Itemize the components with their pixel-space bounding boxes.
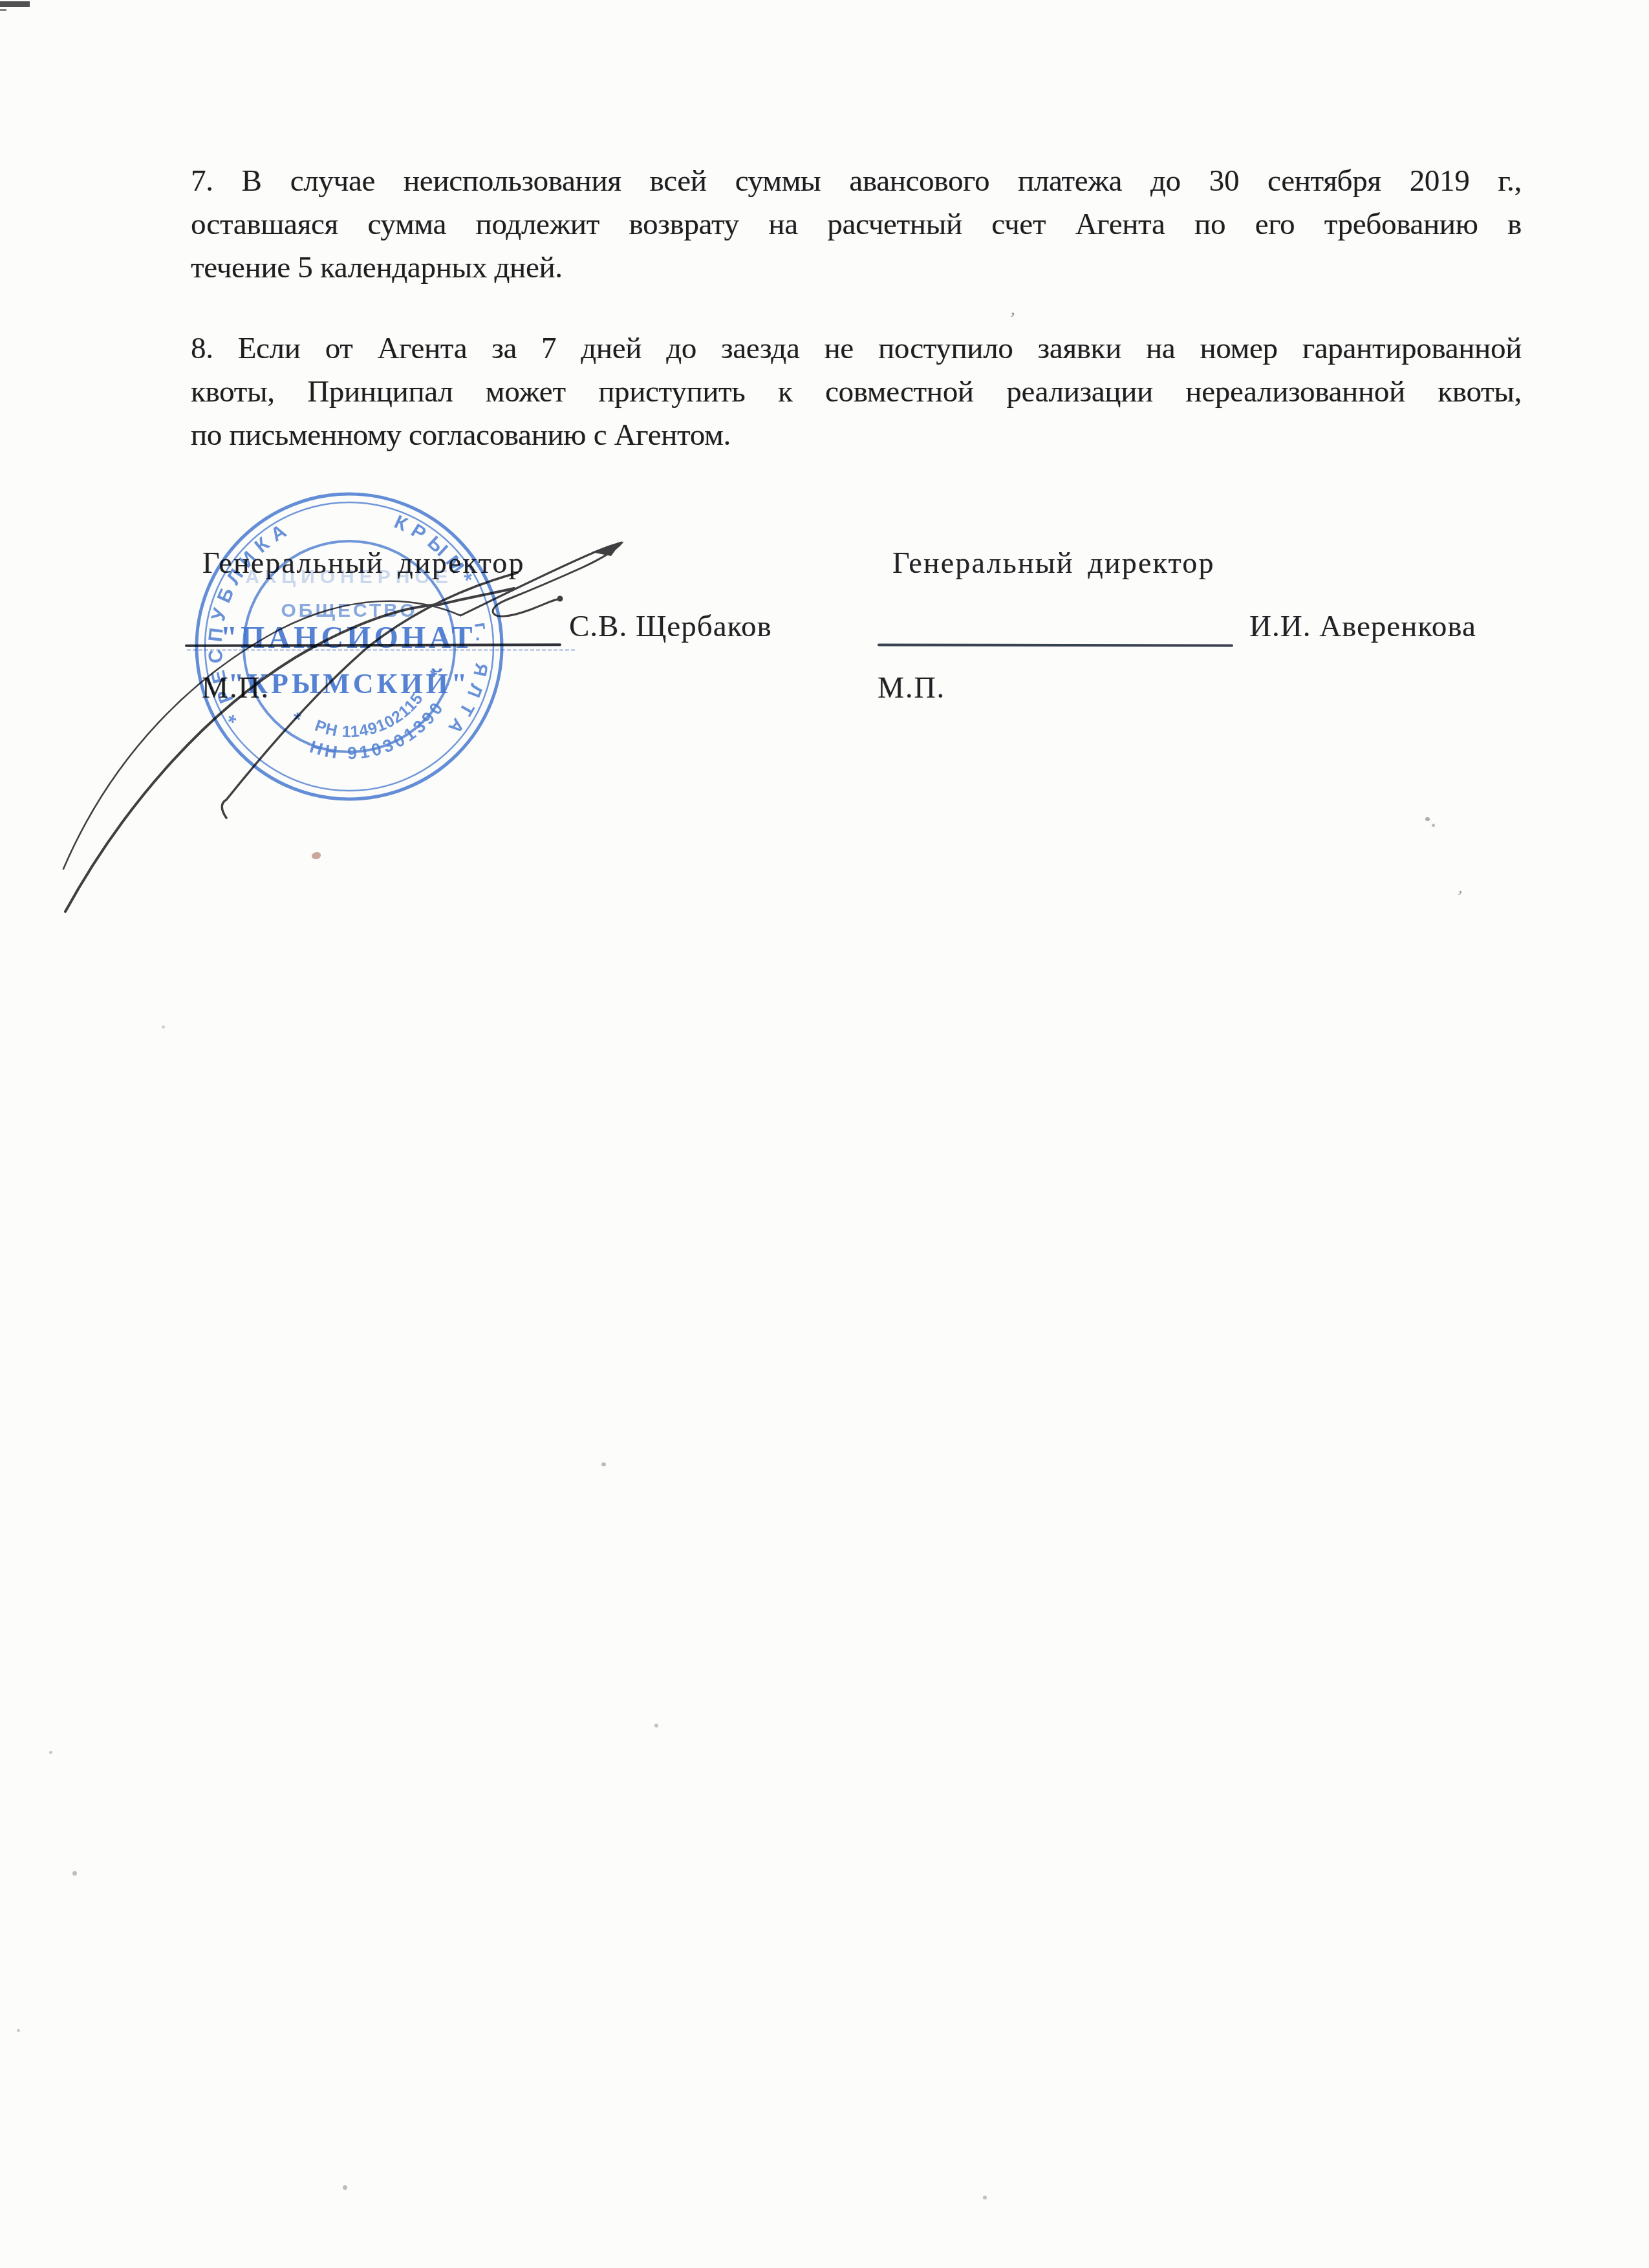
paragraph-8: 8. Если от Агента за 7 дней до заезда не… <box>191 327 1522 457</box>
director-title-right: Генеральный директор <box>892 541 1215 584</box>
scan-corner-mark <box>0 1 30 7</box>
seal-org-type: АКЦИОНЕРНОЕ <box>245 566 453 588</box>
scan-speck-comma: ’ <box>1454 886 1464 906</box>
scanned-contract-page: { "document": { "paragraphs": [ { "lines… <box>0 0 1649 2268</box>
scan-speck <box>49 1751 52 1754</box>
seal-note-right: М.П. <box>878 666 945 709</box>
seal-asterisk-bottom-left: * <box>289 710 312 725</box>
seal-ring-asterisk-left: * <box>222 707 246 727</box>
signature-line-right <box>878 643 1233 647</box>
paragraph-8-line-2: квоты, Принципал может приступить к совм… <box>191 370 1522 414</box>
scan-speck-red <box>312 852 321 859</box>
scan-speck <box>343 2185 347 2190</box>
paragraph-8-line-1: 8. Если от Агента за 7 дней до заезда не… <box>191 327 1522 370</box>
seal-org-form: ОБЩЕСТВО <box>281 600 418 621</box>
paragraph-7-line-2: оставшаяся сумма подлежит возврату на ра… <box>191 203 1522 246</box>
scan-speck <box>17 2029 20 2032</box>
scan-speck <box>1432 824 1435 827</box>
scan-speck <box>983 2196 987 2199</box>
scan-corner-mark-small <box>0 9 6 11</box>
scan-speck <box>162 1025 165 1029</box>
director-name-left: С.В. Щербаков <box>569 605 772 648</box>
signature-pen-tip <box>592 541 622 556</box>
company-seal-stamp: РЕСПУБЛИКА КРЫМ * * г. ЯЛТА АКЦИОНЕРНОЕ … <box>188 485 511 808</box>
seal-org-name-1: "ПАНСИОНАТ <box>220 621 475 655</box>
paragraph-7-line-1: 7. В случае неиспользования всей суммы а… <box>191 160 1522 203</box>
paragraph-7-line-3: течение 5 календарных дней. <box>191 246 1522 290</box>
scan-speck <box>654 1724 658 1728</box>
director-name-right: И.И. Аверенкова <box>1249 605 1476 648</box>
scan-speck <box>1425 817 1430 821</box>
paragraph-8-line-3: по письменному согласованию с Агентом. <box>191 414 1522 457</box>
paragraph-7: 7. В случае неиспользования всей суммы а… <box>191 160 1522 290</box>
scan-speck <box>601 1462 606 1466</box>
signature-ink-blob <box>557 596 563 602</box>
scan-speck <box>72 1871 77 1876</box>
